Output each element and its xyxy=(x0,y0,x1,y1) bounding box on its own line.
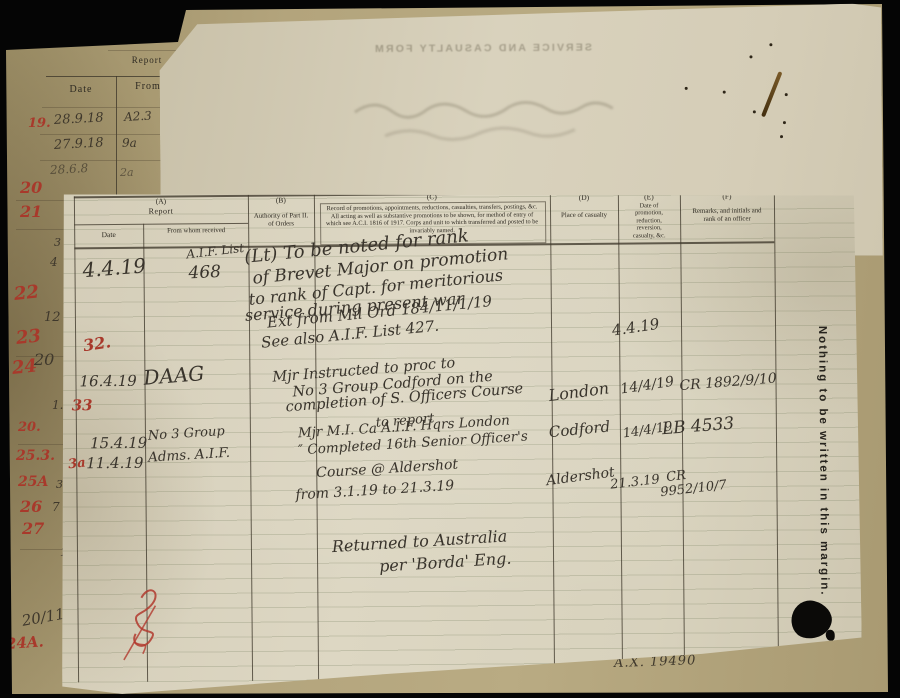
under-col-date: Date xyxy=(48,84,114,96)
bleed-through-handwriting xyxy=(345,90,645,152)
divider xyxy=(16,229,68,230)
pinhole xyxy=(783,121,786,124)
pinhole xyxy=(753,110,756,113)
entry2-event-date: 14/4/19 xyxy=(619,374,675,398)
col-e-title: Date of promotion, reduction, reversion,… xyxy=(625,202,673,239)
ink-mark: 1. xyxy=(52,398,63,412)
divider xyxy=(16,356,64,357)
ledger-from: A2.3 xyxy=(124,109,152,124)
entry5-record-line2: per 'Borda' Eng. xyxy=(379,549,512,576)
red-sequence-mark: 33 xyxy=(72,396,93,414)
col-d-title: Place of casualty xyxy=(554,212,614,220)
entry1-from-line1: A.I.F. List xyxy=(186,241,245,261)
entry4-date: 11.4.19 xyxy=(86,454,143,472)
margin-number: 20. xyxy=(18,420,41,435)
entry1-from-line2: 468 xyxy=(188,262,221,283)
ledger-from: 2a xyxy=(120,166,134,179)
ink-mark: 3 xyxy=(54,236,61,249)
entry3-date: 15.4.19 xyxy=(90,434,147,452)
margin-number: 27 xyxy=(22,519,44,538)
entry2-date: 16.4.19 xyxy=(79,372,136,390)
ink-mark: 12 xyxy=(44,310,61,325)
pinhole xyxy=(769,43,772,46)
margin-number: 24A. xyxy=(5,632,44,653)
margin-number: 25.3. xyxy=(16,448,55,464)
margin-number: 23 xyxy=(15,325,42,349)
margin-number: 26 xyxy=(20,497,42,516)
margin-number: 20 xyxy=(20,178,42,197)
table-border xyxy=(74,196,79,682)
divider xyxy=(20,549,70,550)
entry1-date: 4.4.19 xyxy=(82,253,147,282)
pinhole xyxy=(685,87,688,90)
ink-mark: 3 xyxy=(56,478,63,491)
red-sequence-mark: 32. xyxy=(82,332,112,355)
entry2-from: DAAG xyxy=(143,361,206,390)
ink-mark: 4 xyxy=(50,255,58,269)
col-a-sub-date: Date xyxy=(74,231,143,240)
margin-number: 25A xyxy=(18,474,48,490)
margin-instruction: Nothing to be written in this margin. xyxy=(816,326,831,631)
entry4-record-line2: Course @ Aldershot xyxy=(316,457,459,482)
entry3-remarks: LB 4533 xyxy=(661,414,735,440)
bleed-through-title: SERVICE AND CASUALTY FORM xyxy=(327,41,637,55)
ink-blot-hole xyxy=(826,630,835,641)
pinhole xyxy=(723,91,726,94)
entry3-from: No 3 Group xyxy=(148,424,226,444)
service-casualty-form: (A) Report Date From whom received (B) A… xyxy=(58,180,862,698)
margin-number: 19. xyxy=(28,116,51,131)
ledger-date: 28.9.18 xyxy=(54,110,104,128)
entry4-place: Aldershot xyxy=(545,464,615,489)
scanned-document-page: Report Date From 19. 28.9.18 A2.3 27.9.1… xyxy=(0,0,900,698)
entry4-from: Adms. A.I.F. xyxy=(148,445,231,466)
pinhole xyxy=(785,93,788,96)
paper-tear xyxy=(761,71,782,117)
entry2-place: London xyxy=(547,378,610,405)
col-b-title: Authority of Part II. of Orders xyxy=(252,212,310,228)
ledger-date: 28.6.8 xyxy=(50,161,89,177)
divider xyxy=(108,50,186,51)
entry3-place: Codford xyxy=(548,417,611,441)
entry4-record-line3: from 3.1.19 to 21.3.19 xyxy=(295,478,455,504)
margin-number: 21 xyxy=(20,202,42,221)
table-border xyxy=(74,223,248,226)
divider xyxy=(16,200,72,201)
entry4-event-date: 21.3.19 xyxy=(610,472,661,493)
col-f-title: Remarks, and initials and rank of an off… xyxy=(686,207,768,223)
table-border xyxy=(774,190,779,670)
ledger-from: 9a xyxy=(122,136,137,150)
col-a-title: Report xyxy=(74,206,248,217)
entry2-remarks: CR 1892/9/10 xyxy=(679,370,777,394)
pinhole xyxy=(749,55,752,58)
margin-number: 22 xyxy=(13,281,40,305)
ink-mark: 7 xyxy=(52,500,60,514)
col-a-sub-from: From whom received xyxy=(158,227,234,235)
col-b-letter: (B) xyxy=(248,196,314,205)
pinhole xyxy=(780,135,783,138)
divider xyxy=(18,444,70,445)
ink-mark: 20 xyxy=(34,350,54,369)
ledger-date: 27.9.18 xyxy=(54,135,104,153)
red-sequence-mark: 3a xyxy=(67,455,86,472)
red-initials-scribble xyxy=(109,583,180,669)
